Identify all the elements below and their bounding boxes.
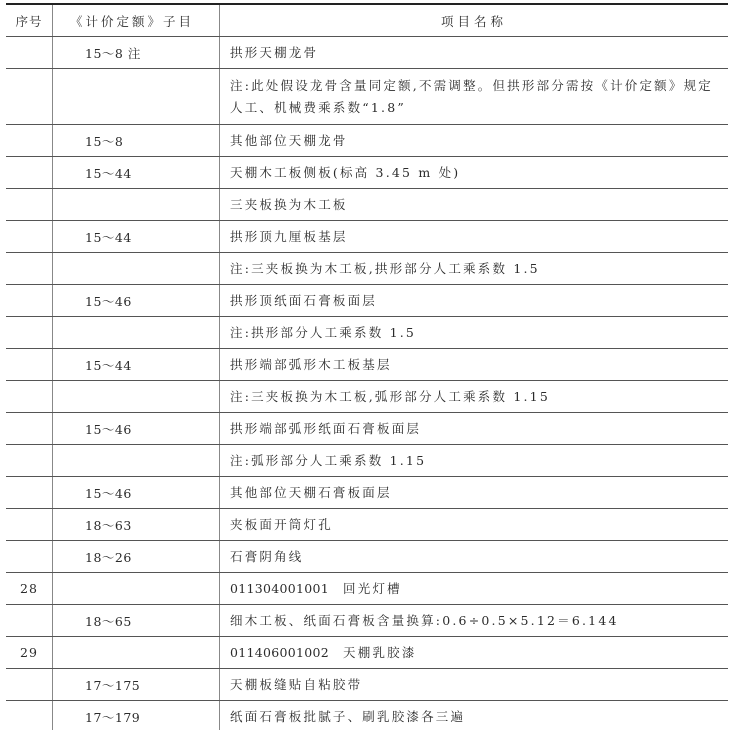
table-row: 18～26石膏阴角线 — [6, 541, 728, 573]
cell-item-name: 注:三夹板换为木工板,弧形部分人工乘系数 1.15 — [220, 381, 729, 413]
table-row: 15～46拱形端部弧形纸面石膏板面层 — [6, 413, 728, 445]
quota-table-grid: 序号 《计价定额》子目 项目名称 15～8 注拱形天棚龙骨注:此处假设龙骨含量同… — [6, 3, 728, 730]
table-row: 18～65细木工板、纸面石膏板含量换算:0.6÷0.5×5.12＝6.144 — [6, 605, 728, 637]
table-row: 18～63夹板面开筒灯孔 — [6, 509, 728, 541]
cell-quota-item: 17～179 — [53, 701, 220, 730]
quota-table: 序号 《计价定额》子目 项目名称 15～8 注拱形天棚龙骨注:此处假设龙骨含量同… — [6, 3, 728, 730]
table-row: 注:三夹板换为木工板,拱形部分人工乘系数 1.5 — [6, 253, 728, 285]
cell-serial-no — [6, 349, 53, 381]
table-header-row: 序号 《计价定额》子目 项目名称 — [6, 4, 728, 37]
header-item-name: 项目名称 — [220, 4, 729, 37]
cell-item-name: 拱形顶纸面石膏板面层 — [220, 285, 729, 317]
cell-item-name: 细木工板、纸面石膏板含量换算:0.6÷0.5×5.12＝6.144 — [220, 605, 729, 637]
table-row: 注:此处假设龙骨含量同定额,不需调整。但拱形部分需按《计价定额》规定人工、机械费… — [6, 69, 728, 125]
cell-serial-no — [6, 189, 53, 221]
cell-serial-no — [6, 669, 53, 701]
cell-serial-no — [6, 317, 53, 349]
cell-quota-item — [53, 381, 220, 413]
table-row: 15～8其他部位天棚龙骨 — [6, 125, 728, 157]
cell-serial-no — [6, 477, 53, 509]
table-row: 15～44拱形端部弧形木工板基层 — [6, 349, 728, 381]
cell-item-name: 其他部位天棚龙骨 — [220, 125, 729, 157]
cell-item-name: 其他部位天棚石膏板面层 — [220, 477, 729, 509]
cell-quota-item: 18～65 — [53, 605, 220, 637]
cell-quota-item — [53, 637, 220, 669]
table-row: 15～44拱形顶九厘板基层 — [6, 221, 728, 253]
cell-serial-no — [6, 125, 53, 157]
cell-serial-no — [6, 413, 53, 445]
item-name-text: 天棚乳胶漆 — [343, 645, 417, 660]
table-row: 注:弧形部分人工乘系数 1.15 — [6, 445, 728, 477]
cell-serial-no — [6, 157, 53, 189]
cell-item-name: 三夹板换为木工板 — [220, 189, 729, 221]
cell-serial-no — [6, 37, 53, 69]
cell-quota-item: 18～26 — [53, 541, 220, 573]
cell-quota-item: 18～63 — [53, 509, 220, 541]
cell-item-name: 011304001001回光灯槽 — [220, 573, 729, 605]
cell-quota-item — [53, 317, 220, 349]
header-quota-item: 《计价定额》子目 — [53, 4, 220, 37]
cell-item-name: 注:弧形部分人工乘系数 1.15 — [220, 445, 729, 477]
cell-quota-item — [53, 445, 220, 477]
cell-quota-item: 17～175 — [53, 669, 220, 701]
cell-quota-item: 15～46 — [53, 413, 220, 445]
cell-quota-item — [53, 189, 220, 221]
table-row: 15～46拱形顶纸面石膏板面层 — [6, 285, 728, 317]
cell-serial-no — [6, 605, 53, 637]
cell-item-name: 注:三夹板换为木工板,拱形部分人工乘系数 1.5 — [220, 253, 729, 285]
cell-serial-no — [6, 69, 53, 125]
cell-quota-item: 15～8 注 — [53, 37, 220, 69]
cell-quota-item — [53, 69, 220, 125]
cell-serial-no: 29 — [6, 637, 53, 669]
cell-quota-item: 15～8 — [53, 125, 220, 157]
cell-quota-item: 15～44 — [53, 349, 220, 381]
cell-serial-no — [6, 381, 53, 413]
cell-item-name: 夹板面开筒灯孔 — [220, 509, 729, 541]
table-row: 29011406001002天棚乳胶漆 — [6, 637, 728, 669]
item-code: 011304001001 — [230, 581, 329, 596]
header-serial-no: 序号 — [6, 4, 53, 37]
cell-item-name: 011406001002天棚乳胶漆 — [220, 637, 729, 669]
cell-item-name: 注:此处假设龙骨含量同定额,不需调整。但拱形部分需按《计价定额》规定人工、机械费… — [220, 69, 729, 125]
cell-quota-item: 15～46 — [53, 285, 220, 317]
item-code: 011406001002 — [230, 645, 329, 660]
cell-item-name: 拱形天棚龙骨 — [220, 37, 729, 69]
cell-serial-no — [6, 253, 53, 285]
cell-item-name: 天棚板缝贴自粘胶带 — [220, 669, 729, 701]
table-row: 15～46其他部位天棚石膏板面层 — [6, 477, 728, 509]
cell-serial-no — [6, 541, 53, 573]
cell-item-name: 注:拱形部分人工乘系数 1.5 — [220, 317, 729, 349]
table-row: 三夹板换为木工板 — [6, 189, 728, 221]
cell-quota-item: 15～44 — [53, 221, 220, 253]
cell-quota-item — [53, 253, 220, 285]
table-row: 15～44天棚木工板侧板(标高 3.45 m 处) — [6, 157, 728, 189]
table-row: 17～175天棚板缝贴自粘胶带 — [6, 669, 728, 701]
table-row: 注:三夹板换为木工板,弧形部分人工乘系数 1.15 — [6, 381, 728, 413]
cell-item-name: 天棚木工板侧板(标高 3.45 m 处) — [220, 157, 729, 189]
cell-quota-item: 15～46 — [53, 477, 220, 509]
cell-serial-no — [6, 285, 53, 317]
table-row: 17～179纸面石膏板批腻子、刷乳胶漆各三遍 — [6, 701, 728, 730]
cell-item-name: 石膏阴角线 — [220, 541, 729, 573]
cell-item-name: 拱形端部弧形木工板基层 — [220, 349, 729, 381]
cell-serial-no — [6, 509, 53, 541]
table-row: 28011304001001回光灯槽 — [6, 573, 728, 605]
cell-quota-item: 15～44 — [53, 157, 220, 189]
table-row: 15～8 注拱形天棚龙骨 — [6, 37, 728, 69]
table-body: 15～8 注拱形天棚龙骨注:此处假设龙骨含量同定额,不需调整。但拱形部分需按《计… — [6, 37, 728, 730]
cell-quota-item — [53, 573, 220, 605]
item-name-text: 回光灯槽 — [343, 581, 402, 596]
cell-item-name: 拱形顶九厘板基层 — [220, 221, 729, 253]
cell-item-name: 拱形端部弧形纸面石膏板面层 — [220, 413, 729, 445]
cell-serial-no — [6, 221, 53, 253]
cell-serial-no: 28 — [6, 573, 53, 605]
table-row: 注:拱形部分人工乘系数 1.5 — [6, 317, 728, 349]
cell-serial-no — [6, 701, 53, 730]
cell-serial-no — [6, 445, 53, 477]
cell-item-name: 纸面石膏板批腻子、刷乳胶漆各三遍 — [220, 701, 729, 730]
